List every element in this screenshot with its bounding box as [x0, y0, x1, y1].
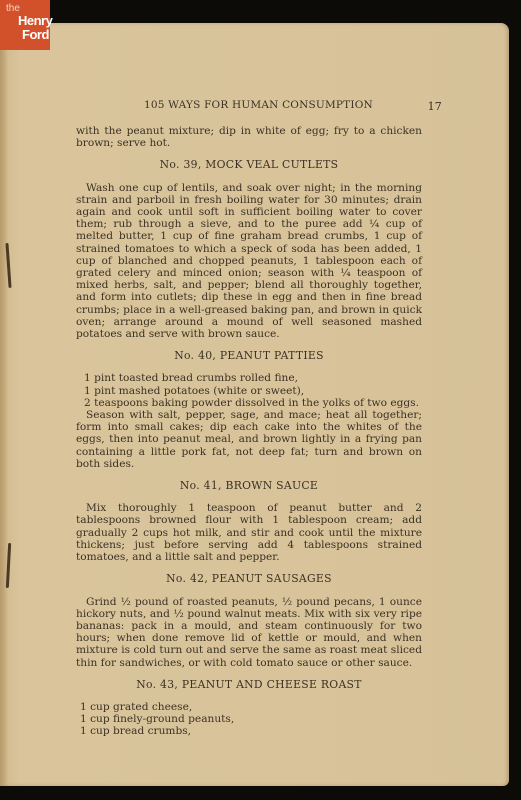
ingredient-item: 1 cup finely-ground peanuts,: [76, 713, 422, 725]
henry-ford-logo: the Henry Ford: [0, 0, 50, 50]
page-content: 105 WAYS FOR HUMAN CONSUMPTION 17 with t…: [76, 96, 422, 738]
recipe-paragraph: Season with salt, pepper, sage, and mace…: [76, 409, 422, 470]
ingredient-list: 1 pint toasted bread crumbs rolled fine,…: [76, 372, 422, 409]
recipe-paragraph: Grind ½ pound of roasted peanuts, ½ poun…: [76, 596, 422, 669]
page-number: 17: [428, 101, 442, 113]
continuation-text: with the peanut mixture; dip in white of…: [76, 125, 422, 149]
ingredient-item: 1 pint toasted bread crumbs rolled fine,: [76, 372, 422, 384]
running-head-title: 105 WAYS FOR HUMAN CONSUMPTION: [144, 99, 373, 111]
logo-text-ford: Ford: [22, 27, 49, 42]
recipe-title: No. 42, PEANUT SAUSAGES: [76, 573, 422, 585]
ingredient-item: 1 cup grated cheese,: [76, 701, 422, 713]
ingredient-item: 1 pint mashed potatoes (white or sweet),: [76, 385, 422, 397]
logo-text-henry: Henry: [18, 13, 52, 28]
recipe-paragraph: Wash one cup of lentils, and soak over n…: [76, 182, 422, 341]
recipe-title: No. 43, PEANUT AND CHEESE ROAST: [76, 679, 422, 691]
ingredient-item: 2 teaspoons baking powder dissolved in t…: [76, 397, 422, 409]
recipe-paragraph: Mix thoroughly 1 teaspoon of peanut butt…: [76, 502, 422, 563]
binding-staple-icon: [6, 543, 11, 588]
running-head: 105 WAYS FOR HUMAN CONSUMPTION 17: [76, 96, 422, 112]
ingredient-list: 1 cup grated cheese, 1 cup finely-ground…: [76, 701, 422, 738]
ingredient-item: 1 cup bread crumbs,: [76, 725, 422, 737]
binding-staple-icon: [5, 243, 11, 288]
recipe-title: No. 41, BROWN SAUCE: [76, 480, 422, 492]
recipe-title: No. 40, PEANUT PATTIES: [76, 350, 422, 362]
recipe-title: No. 39, MOCK VEAL CUTLETS: [76, 159, 422, 171]
